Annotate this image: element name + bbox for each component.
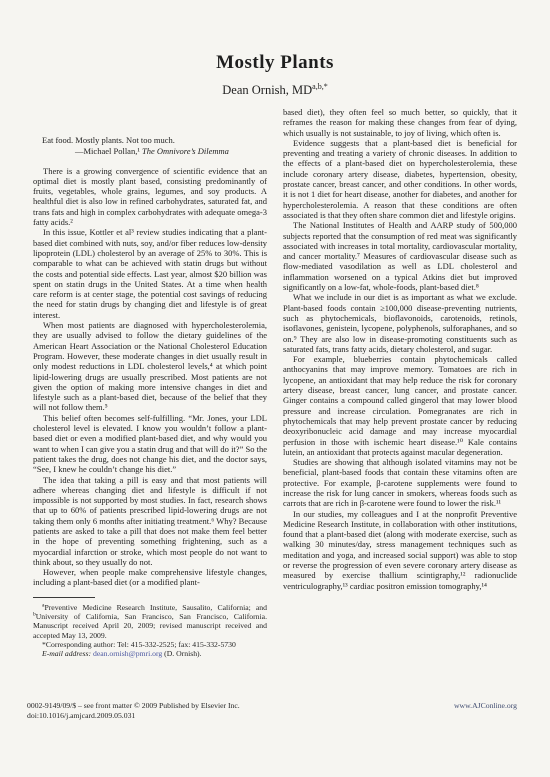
- paragraph-left-6: However, when people make comprehensive …: [33, 567, 267, 588]
- email-suffix: (D. Ornish).: [162, 649, 201, 658]
- paragraph-left-3: When most patients are diagnosed with hy…: [33, 320, 267, 413]
- epigraph: Eat food. Mostly plants. Not too much. —…: [33, 107, 267, 157]
- author-line: Dean Ornish, MDa,b,*: [0, 83, 550, 97]
- email-label: E-mail address:: [42, 649, 93, 658]
- journal-article-page: Mostly Plants Dean Ornish, MDa,b,* Eat f…: [0, 0, 550, 777]
- affiliation-footnote: aPreventive Medicine Research Institute,…: [33, 603, 267, 640]
- paragraph-right-2: Evidence suggests that a plant-based die…: [283, 138, 517, 220]
- author-name: Dean Ornish, MD: [222, 83, 312, 97]
- author-email-link[interactable]: dean.ornish@pmri.org: [93, 649, 162, 658]
- epigraph-attribution: —Michael Pollan,¹ The Omnivore’s Dilemma: [33, 146, 267, 156]
- publisher-info: 0002-9149/09/$ – see front matter © 2009…: [27, 701, 240, 721]
- paragraph-right-1: based diet), they often feel so much bet…: [283, 107, 517, 138]
- issn-front-matter: 0002-9149/09/$ – see front matter © 2009…: [27, 701, 240, 711]
- paragraph-left-5: The idea that taking a pill is easy and …: [33, 475, 267, 568]
- epigraph-quote: Eat food. Mostly plants. Not too much.: [33, 135, 267, 145]
- email-line: E-mail address: dean.ornish@pmri.org (D.…: [33, 649, 267, 658]
- affiliation-b-text: University of California, San Francisco,…: [33, 612, 267, 640]
- left-column: Eat food. Mostly plants. Not too much. —…: [33, 107, 267, 659]
- paragraph-right-7: In our studies, my colleagues and I at t…: [283, 509, 517, 591]
- paragraph-right-4: What we include in our diet is as import…: [283, 292, 517, 354]
- article-title: Mostly Plants: [0, 0, 550, 74]
- corresponding-author-note: *Corresponding author: Tel: 415-332-2525…: [33, 640, 267, 649]
- paragraph-left-1: There is a growing convergence of scient…: [33, 166, 267, 228]
- affiliation-a-text: Preventive Medicine Research Institute, …: [44, 603, 267, 612]
- doi-line: doi:10.1016/j.amjcard.2009.05.031: [27, 711, 240, 721]
- epigraph-attribution-name: —Michael Pollan,¹: [75, 146, 142, 156]
- paragraph-right-3: The National Institutes of Health and AA…: [283, 220, 517, 292]
- author-affiliation-marks: a,b,*: [312, 82, 328, 91]
- paragraph-right-5: For example, blueberries contain phytoch…: [283, 354, 517, 457]
- right-column: based diet), they often feel so much bet…: [283, 107, 517, 659]
- article-body: Eat food. Mostly plants. Not too much. —…: [33, 107, 517, 659]
- page-footer: 0002-9149/09/$ – see front matter © 2009…: [27, 701, 517, 721]
- epigraph-attribution-source: The Omnivore’s Dilemma: [142, 146, 229, 156]
- journal-url-link[interactable]: www.AJConline.org: [454, 701, 517, 710]
- paragraph-left-2: In this issue, Kottler et al³ review stu…: [33, 227, 267, 320]
- footnote-block: aPreventive Medicine Research Institute,…: [33, 597, 267, 659]
- journal-url-container: www.AJConline.org: [454, 701, 517, 711]
- paragraph-right-6: Studies are showing that although isolat…: [283, 457, 517, 508]
- footnote-rule: [33, 597, 95, 598]
- paragraph-left-4: This belief often becomes self-fulfillin…: [33, 413, 267, 475]
